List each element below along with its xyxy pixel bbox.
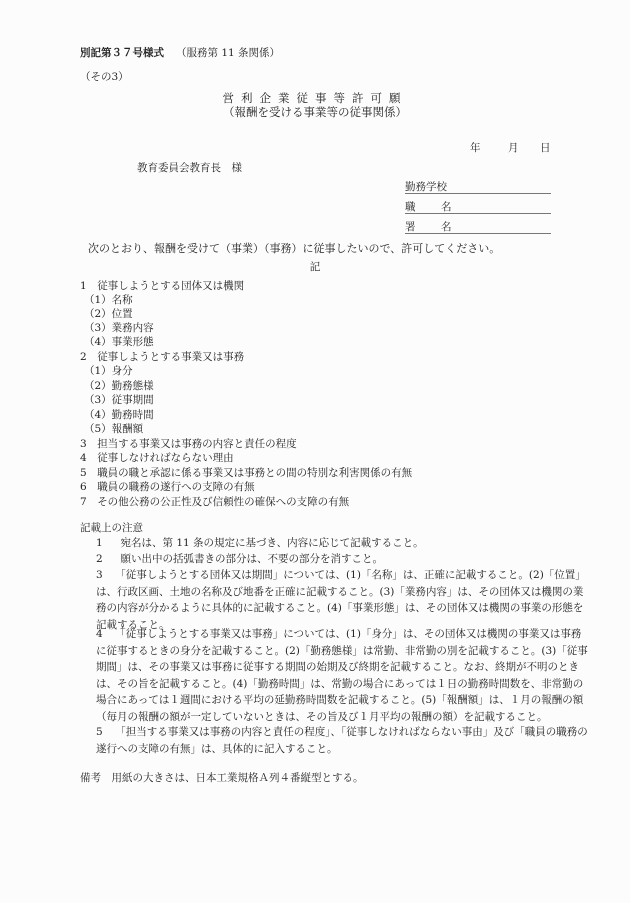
signature-field[interactable]: 署 名 xyxy=(405,219,551,234)
remark: 備考 用紙の大きさは、日本工業規格Ａ列４番縦型とする。 xyxy=(80,770,364,785)
school-label: 勤務学校 xyxy=(405,179,447,194)
note-3: 3 「従事しようとする団体又は期間」については、(1)「名称」は、正確に記載する… xyxy=(96,567,591,633)
item-7: 7 その他公務の公正性及び信頼性の確保への支障の有無 xyxy=(80,494,349,509)
item-2: 2 従事しようとする事業又は事務 xyxy=(80,349,244,364)
item-2-sub-1: （1）身分 xyxy=(84,363,133,378)
form-id: 別記第３７号様式（服務第 11 条関係） xyxy=(80,45,280,60)
position-label-a: 職 xyxy=(405,199,416,214)
form-reference: （服務第 11 条関係） xyxy=(176,47,280,59)
note-1: 1 宛名は、第 11 条の規定に基づき、内容に応じて記載すること。 xyxy=(96,535,591,552)
item-2-sub-4: （4）勤務時間 xyxy=(84,407,154,422)
note-4: 4 「従事しようとする事業又は事務」については、(1)「身分」は、その団体又は機… xyxy=(96,626,591,725)
item-5: 5 職員の職と承認に係る事業又は事務との間の特別な利害関係の有無 xyxy=(80,465,412,480)
item-1-sub-3: （3）業務内容 xyxy=(84,320,154,335)
notes-heading: 記載上の注意 xyxy=(80,520,143,535)
item-6: 6 職員の職務の遂行への支障の有無 xyxy=(80,479,255,494)
item-1-sub-1: （1）名称 xyxy=(84,292,133,307)
item-1-sub-2: （2）位置 xyxy=(84,306,133,321)
item-1: 1 従事しようとする団体又は機関 xyxy=(80,278,244,293)
item-3: 3 担当する事業又は事務の内容と責任の程度 xyxy=(80,436,297,451)
document-subtitle: （報酬を受ける事業等の従事関係） xyxy=(0,104,630,120)
position-label-b: 名 xyxy=(441,199,452,214)
note-5: 5 「担当する事業又は事務の内容と責任の程度」、「従事しなければならない事由」及… xyxy=(96,724,591,757)
item-2-sub-5: （5）報酬額 xyxy=(84,421,143,436)
item-2-sub-3: （3）従事期間 xyxy=(84,392,154,407)
note-2: 2 願い出中の括弧書きの部分は、不要の部分を消すこと。 xyxy=(96,551,591,568)
item-2-sub-2: （2）勤務態様 xyxy=(84,378,154,393)
addressee: 教育委員会教育長 様 xyxy=(137,160,242,175)
form-number: 別記第３７号様式 xyxy=(80,47,164,59)
position-field[interactable]: 職 名 xyxy=(405,199,551,214)
item-4: 4 従事しなければならない理由 xyxy=(80,450,234,465)
intro-text: 次のとおり、報酬を受けて（事業）（事務）に従事したいので、許可してください。 xyxy=(88,240,500,256)
date-year-label: 年 xyxy=(470,140,481,155)
signature-label-b: 名 xyxy=(441,219,452,234)
date-month-label: 月 xyxy=(508,140,519,155)
signature-label-a: 署 xyxy=(405,219,416,234)
item-1-sub-4: （4）事業形態 xyxy=(84,334,154,349)
ki-heading: 記 xyxy=(0,259,630,274)
school-field[interactable]: 勤務学校 xyxy=(405,179,551,194)
form-part: （その3） xyxy=(80,69,129,84)
date-day-label: 日 xyxy=(540,140,551,155)
